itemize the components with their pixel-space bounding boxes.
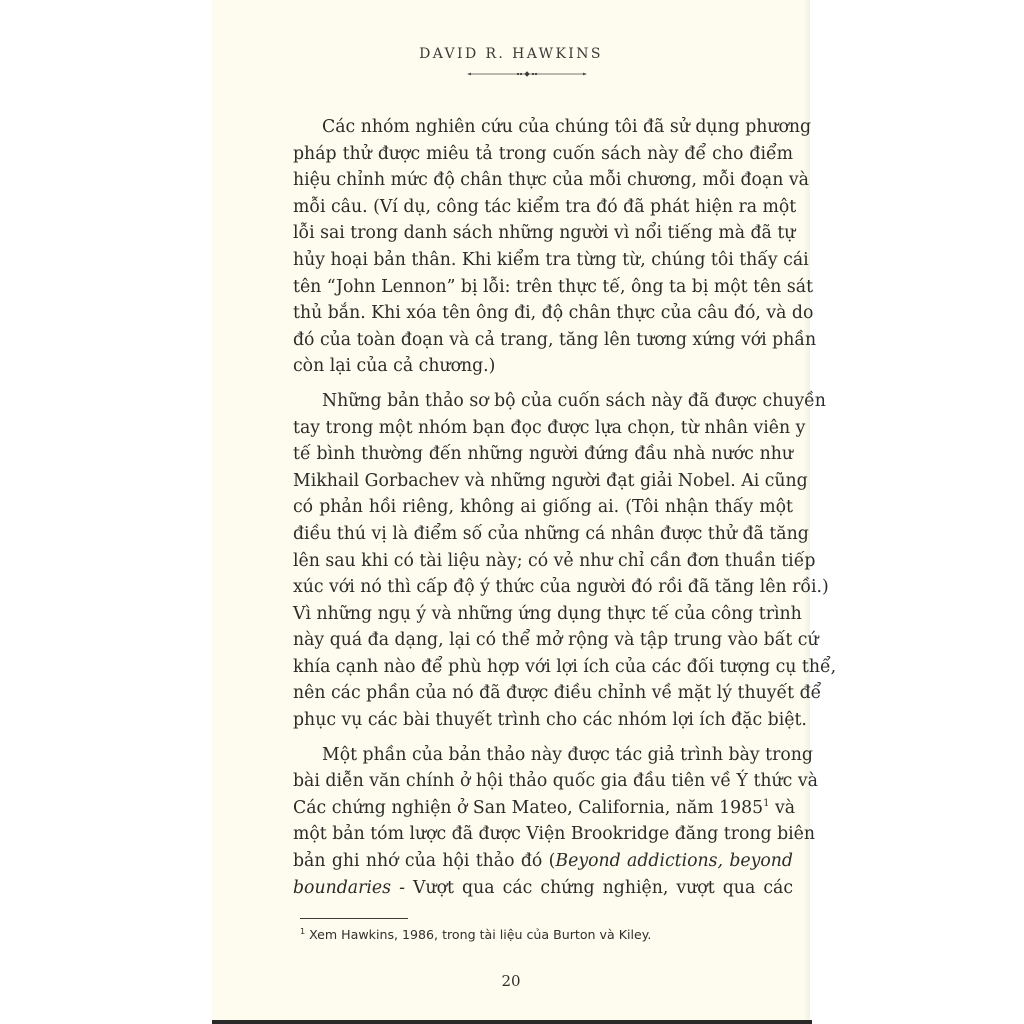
text-line: lên sau khi có tài liệu này; có vẻ như c… xyxy=(293,548,793,575)
footnote: 1 Xem Hawkins, 1986, trong tài liệu của … xyxy=(300,927,651,942)
text-line: Mikhail Gorbachev và những người đạt giả… xyxy=(293,468,793,495)
text-line-with-italic: bản ghi nhớ của hội thảo đó (Beyond addi… xyxy=(293,848,793,875)
text-fragment: và xyxy=(770,798,796,818)
text-line: khía cạnh nào để phù hợp với lợi ích của… xyxy=(293,654,793,681)
text-line: hiệu chỉnh mức độ chân thực của mỗi chươ… xyxy=(293,167,793,194)
text-line: tế bình thường đến những người đứng đầu … xyxy=(293,441,793,468)
text-line: đó của toàn đoạn và cả trang, tăng lên t… xyxy=(293,327,793,354)
text-line: một bản tóm lược đã được Viện Brookridge… xyxy=(293,821,793,848)
text-fragment: bản ghi nhớ của hội thảo đó ( xyxy=(293,851,555,871)
text-line: Vì những ngụ ý và những ứng dụng thực tế… xyxy=(293,601,793,628)
paragraph-1: Các nhóm nghiên cứu của chúng tôi đã sử … xyxy=(293,114,793,380)
footnote-divider xyxy=(300,918,408,919)
page-number: 20 xyxy=(212,972,810,990)
text-line: này quá đa dạng, lại có thể mở rộng và t… xyxy=(293,627,793,654)
text-line: Một phần của bản thảo này được tác giả t… xyxy=(293,742,793,769)
text-fragment: - Vượt qua các chứng nghiện, vượt qua cá… xyxy=(391,878,793,898)
text-line: Các nhóm nghiên cứu của chúng tôi đã sử … xyxy=(293,114,793,141)
text-line: tay trong một nhóm bạn đọc được lựa chọn… xyxy=(293,415,793,442)
text-line: tên “John Lennon” bị lỗi: trên thực tế, … xyxy=(293,274,793,301)
text-line: nên các phần của nó đã được điều chỉnh v… xyxy=(293,680,793,707)
paragraph-3: Một phần của bản thảo này được tác giả t… xyxy=(293,742,793,902)
text-line: còn lại của cả chương.) xyxy=(293,353,793,380)
ornament-divider-icon xyxy=(467,70,587,78)
text-line: Những bản thảo sơ bộ của cuốn sách này đ… xyxy=(293,388,793,415)
text-line-with-italic: boundaries - Vượt qua các chứng nghiện, … xyxy=(293,875,793,902)
text-line-with-footnote: Các chứng nghiện ở San Mateo, California… xyxy=(293,795,793,822)
paragraph-2: Những bản thảo sơ bộ của cuốn sách này đ… xyxy=(293,388,793,734)
text-line: hủy hoại bản thân. Khi kiểm tra từng từ,… xyxy=(293,247,793,274)
body-text: Các nhóm nghiên cứu của chúng tôi đã sử … xyxy=(293,114,793,909)
text-line: phục vụ các bài thuyết trình cho các nhó… xyxy=(293,707,793,734)
text-line: điều thú vị là điểm số của những cá nhân… xyxy=(293,521,793,548)
running-head: DAVID R. HAWKINS xyxy=(212,46,810,62)
footnote-text: Xem Hawkins, 1986, trong tài liệu của Bu… xyxy=(305,927,651,942)
text-line: có phản hồi riêng, không ai giống ai. (T… xyxy=(293,494,793,521)
text-fragment: Các chứng nghiện ở San Mateo, California… xyxy=(293,798,763,818)
page-bottom-shadow xyxy=(212,1020,812,1024)
text-line: xúc với nó thì cấp độ ý thức của người đ… xyxy=(293,574,793,601)
text-line: pháp thử được miêu tả trong cuốn sách nà… xyxy=(293,141,793,168)
text-line: thủ bắn. Khi xóa tên ông đi, độ chân thự… xyxy=(293,300,793,327)
italic-title: boundaries xyxy=(293,878,391,898)
text-line: lỗi sai trong danh sách những người vì n… xyxy=(293,220,793,247)
italic-title: Beyond addictions, beyond xyxy=(555,851,793,871)
text-line: bài diễn văn chính ở hội thảo quốc gia đ… xyxy=(293,768,793,795)
text-line: mỗi câu. (Ví dụ, công tác kiểm tra đó đã… xyxy=(293,194,793,221)
